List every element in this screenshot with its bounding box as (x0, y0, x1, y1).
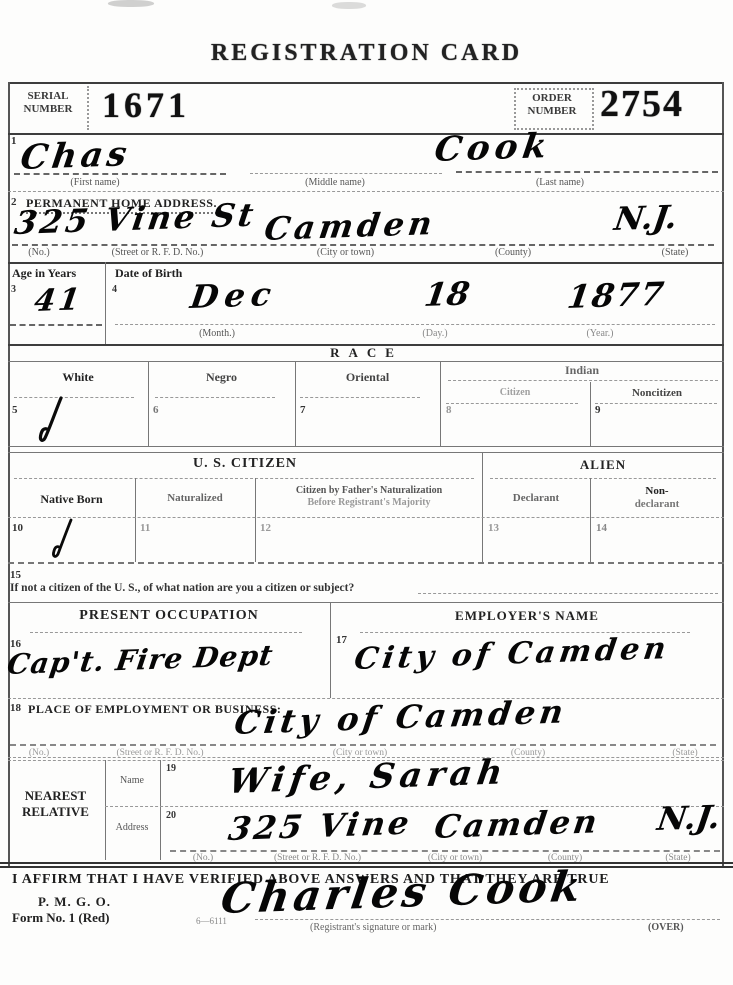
race-indian-noncitizen-label: Noncitizen (590, 387, 724, 399)
relative-state-handwriting: N.J. (655, 798, 723, 838)
first-name-handwriting: Chas (18, 134, 133, 178)
card-right-border (722, 82, 724, 866)
serial-divider (87, 86, 89, 130)
double-rule-bottom (0, 866, 733, 868)
last-name-handwriting: Cook (432, 126, 554, 170)
relative-address-label: Address (107, 822, 157, 833)
citizen-col-divider (135, 478, 136, 562)
serial-number-value: 1671 (102, 84, 190, 126)
signature-caption: (Registrant's signature or mark) (310, 922, 437, 933)
address-county-label: (County) (468, 247, 558, 258)
relative-name-label: Name (107, 775, 157, 786)
address-no-street-handwriting: 325 Vine St (12, 196, 259, 242)
dob-day-label: (Day.) (400, 328, 470, 339)
name-underline (456, 171, 718, 173)
relative-divider (105, 760, 106, 860)
dob-month-handwriting: Dec (188, 275, 279, 316)
field15-answer-line (418, 593, 718, 594)
race-header-underline (14, 397, 134, 398)
dob-year-label: (Year.) (560, 328, 640, 339)
citizen-subheader-underline (8, 517, 724, 518)
citizen-table-top (8, 452, 724, 453)
order-number-label: ORDER NUMBER (516, 92, 588, 117)
field3-number: 3 (11, 284, 16, 295)
scan-artifact (332, 2, 366, 9)
age-label: Age in Years (12, 266, 76, 281)
double-rule-top (0, 862, 733, 864)
field15-question: If not a citizen of the U. S., of what n… (10, 582, 354, 594)
race-white-checkmark-icon (36, 396, 64, 444)
race-cell-9: 9 (595, 404, 601, 416)
race-oriental-label: Oriental (295, 370, 440, 385)
citizen-header-underline (14, 478, 474, 479)
alien-header: ALIEN (482, 457, 724, 473)
race-cell-6: 6 (153, 404, 159, 416)
dob-underline (115, 324, 715, 325)
employer-handwriting: City of Camden (352, 631, 672, 677)
nearest-relative-label: NEAREST RELATIVE (8, 788, 103, 819)
address-city-label: (City or town) (288, 247, 403, 258)
dob-year-handwriting: 1877 (565, 275, 668, 316)
race-title: RACE (0, 345, 733, 361)
address-no-label: (No.) (14, 247, 64, 258)
field19-number: 19 (166, 763, 176, 774)
card-left-border (8, 82, 10, 866)
name-underline (14, 173, 226, 175)
address-state-handwriting: N.J. (612, 198, 680, 238)
field20-number: 20 (166, 810, 176, 821)
relative-city-handwriting: Camden (432, 802, 602, 846)
citizen-cell-12: 12 (260, 522, 271, 534)
race-header-underline (155, 397, 275, 398)
citizen-cell-14: 14 (596, 522, 607, 534)
race-white-label: White (8, 370, 148, 385)
citizen-cell-10: 10 (12, 522, 23, 534)
us-citizen-header: U. S. CITIZEN (8, 456, 482, 472)
non-declarant-label: Non- declarant (590, 485, 724, 511)
field1-number: 1 (11, 135, 17, 147)
naturalized-label: Naturalized (135, 492, 255, 504)
dob-day-handwriting: 18 (422, 274, 472, 314)
race-indian-label: Indian (440, 363, 724, 378)
relative-row-divider (105, 806, 724, 807)
present-occupation-header: PRESENT OCCUPATION (8, 608, 330, 624)
serial-number-label: SERIAL NUMBER (12, 90, 84, 115)
citizen-alien-divider (482, 452, 483, 562)
registration-card: REGISTRATION CARD SERIAL NUMBER 1671 ORD… (0, 0, 733, 985)
citizen-table-bottom (8, 562, 724, 564)
race-table-bottom (8, 446, 724, 447)
occupation-table-top (8, 602, 724, 603)
father-naturalization-label-2: Before Registrant's Majority (258, 497, 480, 508)
first-name-label: (First name) (40, 177, 150, 188)
race-header-underline (595, 403, 717, 404)
field18-number: 18 (10, 702, 21, 714)
card-title: REGISTRATION CARD (0, 40, 733, 67)
order-number-value: 2754 (600, 82, 684, 126)
employment-place-handwriting: City of Camden (232, 692, 570, 742)
occupation-header-underline (30, 632, 302, 633)
scan-artifact (108, 0, 154, 7)
address-underline (12, 244, 714, 246)
citizen-cell-13: 13 (488, 522, 499, 534)
relative-name-handwriting: Wife, Sarah (226, 752, 510, 802)
form-number-label: Form No. 1 (Red) (12, 910, 109, 926)
over-label: (OVER) (648, 922, 684, 933)
pmgo-label: P. M. G. O. (38, 894, 111, 910)
race-header-underline (446, 403, 578, 404)
field4-number: 4 (112, 284, 117, 295)
dob-month-label: (Month.) (172, 328, 262, 339)
employers-name-header: EMPLOYER'S NAME (330, 608, 724, 624)
race-cell-5: 5 (12, 404, 18, 416)
field2-number: 2 (11, 196, 17, 208)
age-underline (10, 324, 102, 326)
employment-underline (10, 744, 716, 746)
age-handwriting: 41 (32, 282, 85, 319)
middle-name-label: (Middle name) (280, 177, 390, 188)
occupation-handwriting: Cap't. Fire Dept (5, 639, 276, 681)
field17-number: 17 (336, 634, 347, 646)
citizen-cell-11: 11 (140, 522, 150, 534)
relative-divider (160, 760, 161, 860)
alien-header-underline (490, 478, 716, 479)
relative-underline (170, 850, 720, 852)
address-street-label: (Street or R. F. D. No.) (80, 247, 235, 258)
native-born-label: Native Born (8, 492, 135, 507)
row-border (8, 262, 724, 264)
name-underline (250, 173, 442, 174)
field15-number: 15 (10, 569, 21, 581)
last-name-label: (Last name) (505, 177, 615, 188)
relative-address-handwriting: 325 Vine (226, 804, 414, 848)
race-cell-8: 8 (446, 404, 452, 416)
father-naturalization-label-1: Citizen by Father's Naturalization (258, 485, 480, 496)
declarant-label: Declarant (482, 492, 590, 504)
race-table-top (8, 361, 724, 362)
address-city-handwriting: Camden (262, 204, 438, 248)
age-dob-divider (105, 262, 106, 344)
race-header-underline (300, 397, 420, 398)
race-cell-7: 7 (300, 404, 306, 416)
race-indian-citizen-label: Citizen (440, 387, 590, 398)
print-code: 6—6111 (196, 916, 227, 926)
row-divider (8, 191, 724, 192)
dob-label: Date of Birth (115, 266, 182, 281)
signature-line (255, 919, 720, 920)
race-negro-label: Negro (148, 370, 295, 385)
citizen-col-divider (255, 478, 256, 562)
native-born-checkmark-icon (50, 518, 74, 560)
indian-underline (448, 380, 718, 381)
registrant-signature-handwriting: Charles Cook (218, 861, 588, 923)
address-state-label: (State) (640, 247, 710, 258)
